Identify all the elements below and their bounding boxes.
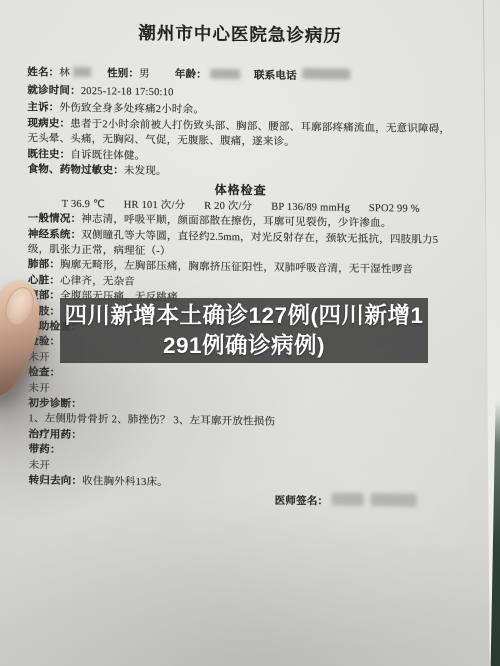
redacted-signature (370, 494, 416, 508)
lung-label: 肺部： (28, 260, 60, 271)
gender-value: 男 (139, 68, 150, 79)
diagnosis-label: 初步诊断： (28, 398, 82, 410)
neuro-label: 神经系统： (28, 229, 82, 241)
take-home-label: 带药： (29, 445, 61, 456)
doctor-signature-label: 医师签名： (275, 496, 329, 508)
visit-time-value: 2025-12-18 17:50:10 (81, 86, 174, 98)
name-value: 林 (59, 67, 70, 78)
redacted-signature (331, 493, 363, 506)
visit-time-label: 就诊时间： (27, 86, 81, 98)
heart-label: 心脏： (28, 275, 60, 286)
allergy-label: 食物、药物过敏史： (28, 164, 124, 176)
thumb-fingernail (1, 283, 39, 328)
allergy-value: 未发现。 (124, 166, 167, 178)
chief-complaint-label: 主诉： (27, 103, 59, 114)
news-headline-text: 四川新增本土确诊127例(四川新增1291例确诊病例) (60, 301, 428, 361)
gender-label: 性别： (107, 68, 139, 79)
medical-record-photo: 潮州市中心医院急诊病历 姓名：林 性别：男 年龄： 联系电话 就诊时间：2025… (0, 0, 500, 666)
redacted-name (73, 66, 91, 76)
spo2-value: SPO2 99 % (369, 203, 420, 215)
news-headline-banner: 四川新增本土确诊127例(四川新增1291例确诊病例) (60, 298, 428, 363)
general-condition-value: 神志清，呼吸平顺，颜面部散在擦伤，耳廓可见裂伤，少许渗血。 (81, 214, 391, 229)
neuro-value: 双侧瞳孔等大等圆，直径约2.5mm，对光反射存在，颈软无抵抗，四肢肌力5级，肌张… (28, 230, 438, 258)
phone-label: 联系电话 (254, 70, 297, 82)
present-illness-value: 患者于2小时余前被人打伤致头部、胸部、腰部、耳廓部疼痛流血，无意识障碍，无头晕、… (27, 119, 450, 149)
disposition-label: 转归去向： (29, 475, 83, 487)
doctor-signature-row: 医师签名： (275, 492, 455, 512)
redacted-phone (303, 68, 351, 80)
blood-pressure-value: BP 136/89 mmHg (271, 201, 350, 213)
general-condition-label: 一般情况： (28, 213, 82, 225)
age-label: 年龄： (175, 69, 207, 80)
redacted-age (210, 68, 240, 78)
disposition-value: 收住胸外科13床。 (82, 476, 168, 488)
past-history-value: 自诉既往体健。 (70, 149, 145, 161)
chief-complaint-value: 外伤致全身多处疼痛2小时余。 (59, 103, 204, 116)
heart-value: 心律齐，无杂音 (60, 275, 135, 287)
respiration-value: R 20 次/分 (204, 200, 252, 212)
heart-rate-value: HR 101 次/分 (124, 199, 186, 211)
present-illness-label: 现病史： (27, 118, 70, 130)
past-history-label: 既往史： (28, 149, 71, 161)
name-label: 姓名： (27, 67, 59, 78)
emergency-record-document: 潮州市中心医院急诊病历 姓名：林 性别：男 年龄： 联系电话 就诊时间：2025… (0, 0, 499, 513)
patient-info-row: 姓名：林 性别：男 年龄： 联系电话 (27, 64, 453, 86)
imaging-label: 检查： (28, 367, 60, 378)
temperature-value: T 36.9 ℃ (62, 198, 105, 210)
document-title: 潮州市中心医院急诊病历 (27, 18, 453, 49)
treatment-label: 治疗用药： (28, 429, 82, 441)
